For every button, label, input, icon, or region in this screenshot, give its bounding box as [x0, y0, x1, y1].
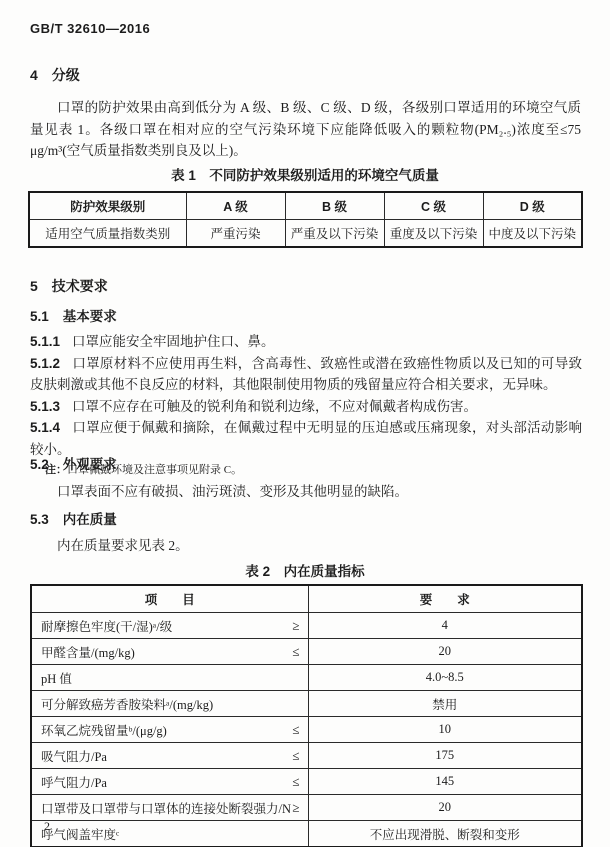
- section-5-2-paragraph: 口罩表面不应有破损、油污斑渍、变形及其他明显的缺陷。: [30, 481, 581, 503]
- item-label: 吸气阻力/Pa: [41, 747, 107, 765]
- section-4-number: 4: [30, 67, 38, 83]
- section-5-2-heading: 5.2外观要求: [30, 453, 117, 473]
- section-5-3-title: 内在质量: [63, 512, 117, 527]
- clause-number: 5.1.2: [30, 356, 60, 371]
- item-label: 环氧乙烷残留量ᵇ/(μg/g): [41, 721, 167, 739]
- table-1-row-label: 适用空气质量指数类别: [29, 220, 186, 248]
- section-5-3-paragraph: 内在质量要求见表 2。: [30, 535, 581, 557]
- item-label: 口罩带及口罩带与口罩体的连接处断裂强力/N: [41, 799, 291, 817]
- standard-number: GB/T 32610—2016: [30, 21, 150, 36]
- table-2-header-requirement: 要 求: [308, 585, 582, 613]
- section-5-1-heading: 5.1基本要求: [30, 305, 117, 325]
- clause-text: 口罩应能安全牢固地护住口、鼻。: [72, 334, 275, 349]
- requirement-value: 20: [308, 795, 582, 821]
- clause-text: 口罩原材料不应使用再生料，含高毒性、致癌性或潜在致癌性物质以及已知的可导致皮肤刺…: [30, 356, 582, 393]
- table-1-header-b: B 级: [285, 192, 384, 220]
- table-row: 甲醛含量/(mg/kg)≤ 20: [31, 639, 582, 665]
- clause-5-1-3: 5.1.3口罩不应存在可触及的锐利角和锐利边缘，不应对佩戴者构成伤害。: [30, 396, 582, 418]
- table-row: pH 值 4.0~8.5: [31, 665, 582, 691]
- section-4-paragraph: 口罩的防护效果由高到低分为 A 级、B 级、C 级、D 级，各级别口罩适用的环境…: [30, 97, 581, 162]
- item-label: 呼气阀盖牢度ᶜ: [41, 825, 119, 843]
- comparison-operator: ≤: [292, 774, 299, 790]
- section-5-1-number: 5.1: [30, 309, 49, 324]
- table-1-header-d: D 级: [483, 192, 582, 220]
- table-1-air-quality: 防护效果级别 A 级 B 级 C 级 D 级 适用空气质量指数类别 严重污染 严…: [28, 191, 583, 248]
- item-label: 甲醛含量/(mg/kg): [41, 643, 135, 661]
- section-5-number: 5: [30, 278, 38, 294]
- requirement-value: 4: [308, 613, 582, 639]
- table-row: 环氧乙烷残留量ᵇ/(μg/g)≤ 10: [31, 717, 582, 743]
- document-page: GB/T 32610—2016 4分级 口罩的防护效果由高到低分为 A 级、B …: [0, 0, 610, 847]
- section-5-1-title: 基本要求: [63, 309, 117, 324]
- clause-5-1-2: 5.1.2口罩原材料不应使用再生料，含高毒性、致癌性或潜在致癌性物质以及已知的可…: [30, 353, 582, 396]
- requirement-value: 20: [308, 639, 582, 665]
- table-1-value-b: 严重及以下污染: [285, 220, 384, 248]
- section-4-title: 分级: [52, 67, 80, 83]
- comparison-operator: ≤: [292, 644, 299, 660]
- clause-text: 口罩不应存在可触及的锐利角和锐利边缘，不应对佩戴者构成伤害。: [72, 399, 477, 414]
- item-label: 呼气阻力/Pa: [41, 773, 107, 791]
- table-1-value-d: 中度及以下污染: [483, 220, 582, 248]
- table-2-quality-indicators: 项 目 要 求 耐摩擦色牢度(干/湿)ᵃ/级≥ 4 甲醛含量/(mg/kg)≤ …: [30, 584, 583, 847]
- section-4-heading: 4分级: [30, 65, 80, 85]
- requirement-value: 175: [308, 743, 582, 769]
- section-5-title: 技术要求: [52, 278, 108, 294]
- table-1-data-row: 适用空气质量指数类别 严重污染 严重及以下污染 重度及以下污染 中度及以下污染: [29, 220, 582, 248]
- comparison-operator: ≥: [292, 800, 299, 816]
- requirement-value: 不应出现滑脱、断裂和变形: [308, 821, 582, 847]
- table-row: 口罩带及口罩带与口罩体的连接处断裂强力/N≥ 20: [31, 795, 582, 821]
- comparison-operator: ≤: [292, 722, 299, 738]
- table-row: 耐摩擦色牢度(干/湿)ᵃ/级≥ 4: [31, 613, 582, 639]
- section-5-2-title: 外观要求: [63, 457, 117, 472]
- table-1-header-row: 防护效果级别 A 级 B 级 C 级 D 级: [29, 192, 582, 220]
- clause-number: 5.1.4: [30, 420, 60, 435]
- table-1-header-level: 防护效果级别: [29, 192, 186, 220]
- table-2-header-item: 项 目: [31, 585, 308, 613]
- table-2-header-row: 项 目 要 求: [31, 585, 582, 613]
- page-number: 2: [44, 819, 50, 834]
- requirement-value: 禁用: [308, 691, 582, 717]
- requirement-value: 10: [308, 717, 582, 743]
- table-1-header-c: C 级: [384, 192, 483, 220]
- table-1-header-a: A 级: [186, 192, 285, 220]
- clause-5-1-1: 5.1.1口罩应能安全牢固地护住口、鼻。: [30, 331, 582, 353]
- clause-number: 5.1.1: [30, 334, 60, 349]
- section-5-3-heading: 5.3内在质量: [30, 508, 117, 528]
- table-row: 呼气阻力/Pa≤ 145: [31, 769, 582, 795]
- requirement-value: 4.0~8.5: [308, 665, 582, 691]
- section-5-3-number: 5.3: [30, 512, 49, 527]
- table-row: 吸气阻力/Pa≤ 175: [31, 743, 582, 769]
- item-label: pH 值: [41, 669, 72, 687]
- clause-text: 口罩应便于佩戴和摘除，在佩戴过程中无明显的压迫感或压痛现象，对头部活动影响较小。: [30, 420, 582, 457]
- table-1-value-a: 严重污染: [186, 220, 285, 248]
- section-5-2-number: 5.2: [30, 457, 49, 472]
- table-row: 可分解致癌芳香胺染料ᵃ/(mg/kg) 禁用: [31, 691, 582, 717]
- table-row: 呼气阀盖牢度ᶜ 不应出现滑脱、断裂和变形: [31, 821, 582, 847]
- table-2-caption: 表 2 内在质量指标: [0, 560, 610, 580]
- comparison-operator: ≤: [292, 748, 299, 764]
- section-5-heading: 5技术要求: [30, 276, 108, 296]
- comparison-operator: ≥: [292, 618, 299, 634]
- item-label: 可分解致癌芳香胺染料ᵃ/(mg/kg): [41, 695, 213, 713]
- table-1-value-c: 重度及以下污染: [384, 220, 483, 248]
- requirement-value: 145: [308, 769, 582, 795]
- clause-number: 5.1.3: [30, 399, 60, 414]
- table-1-caption: 表 1 不同防护效果级别适用的环境空气质量: [0, 164, 610, 184]
- item-label: 耐摩擦色牢度(干/湿)ᵃ/级: [41, 617, 172, 635]
